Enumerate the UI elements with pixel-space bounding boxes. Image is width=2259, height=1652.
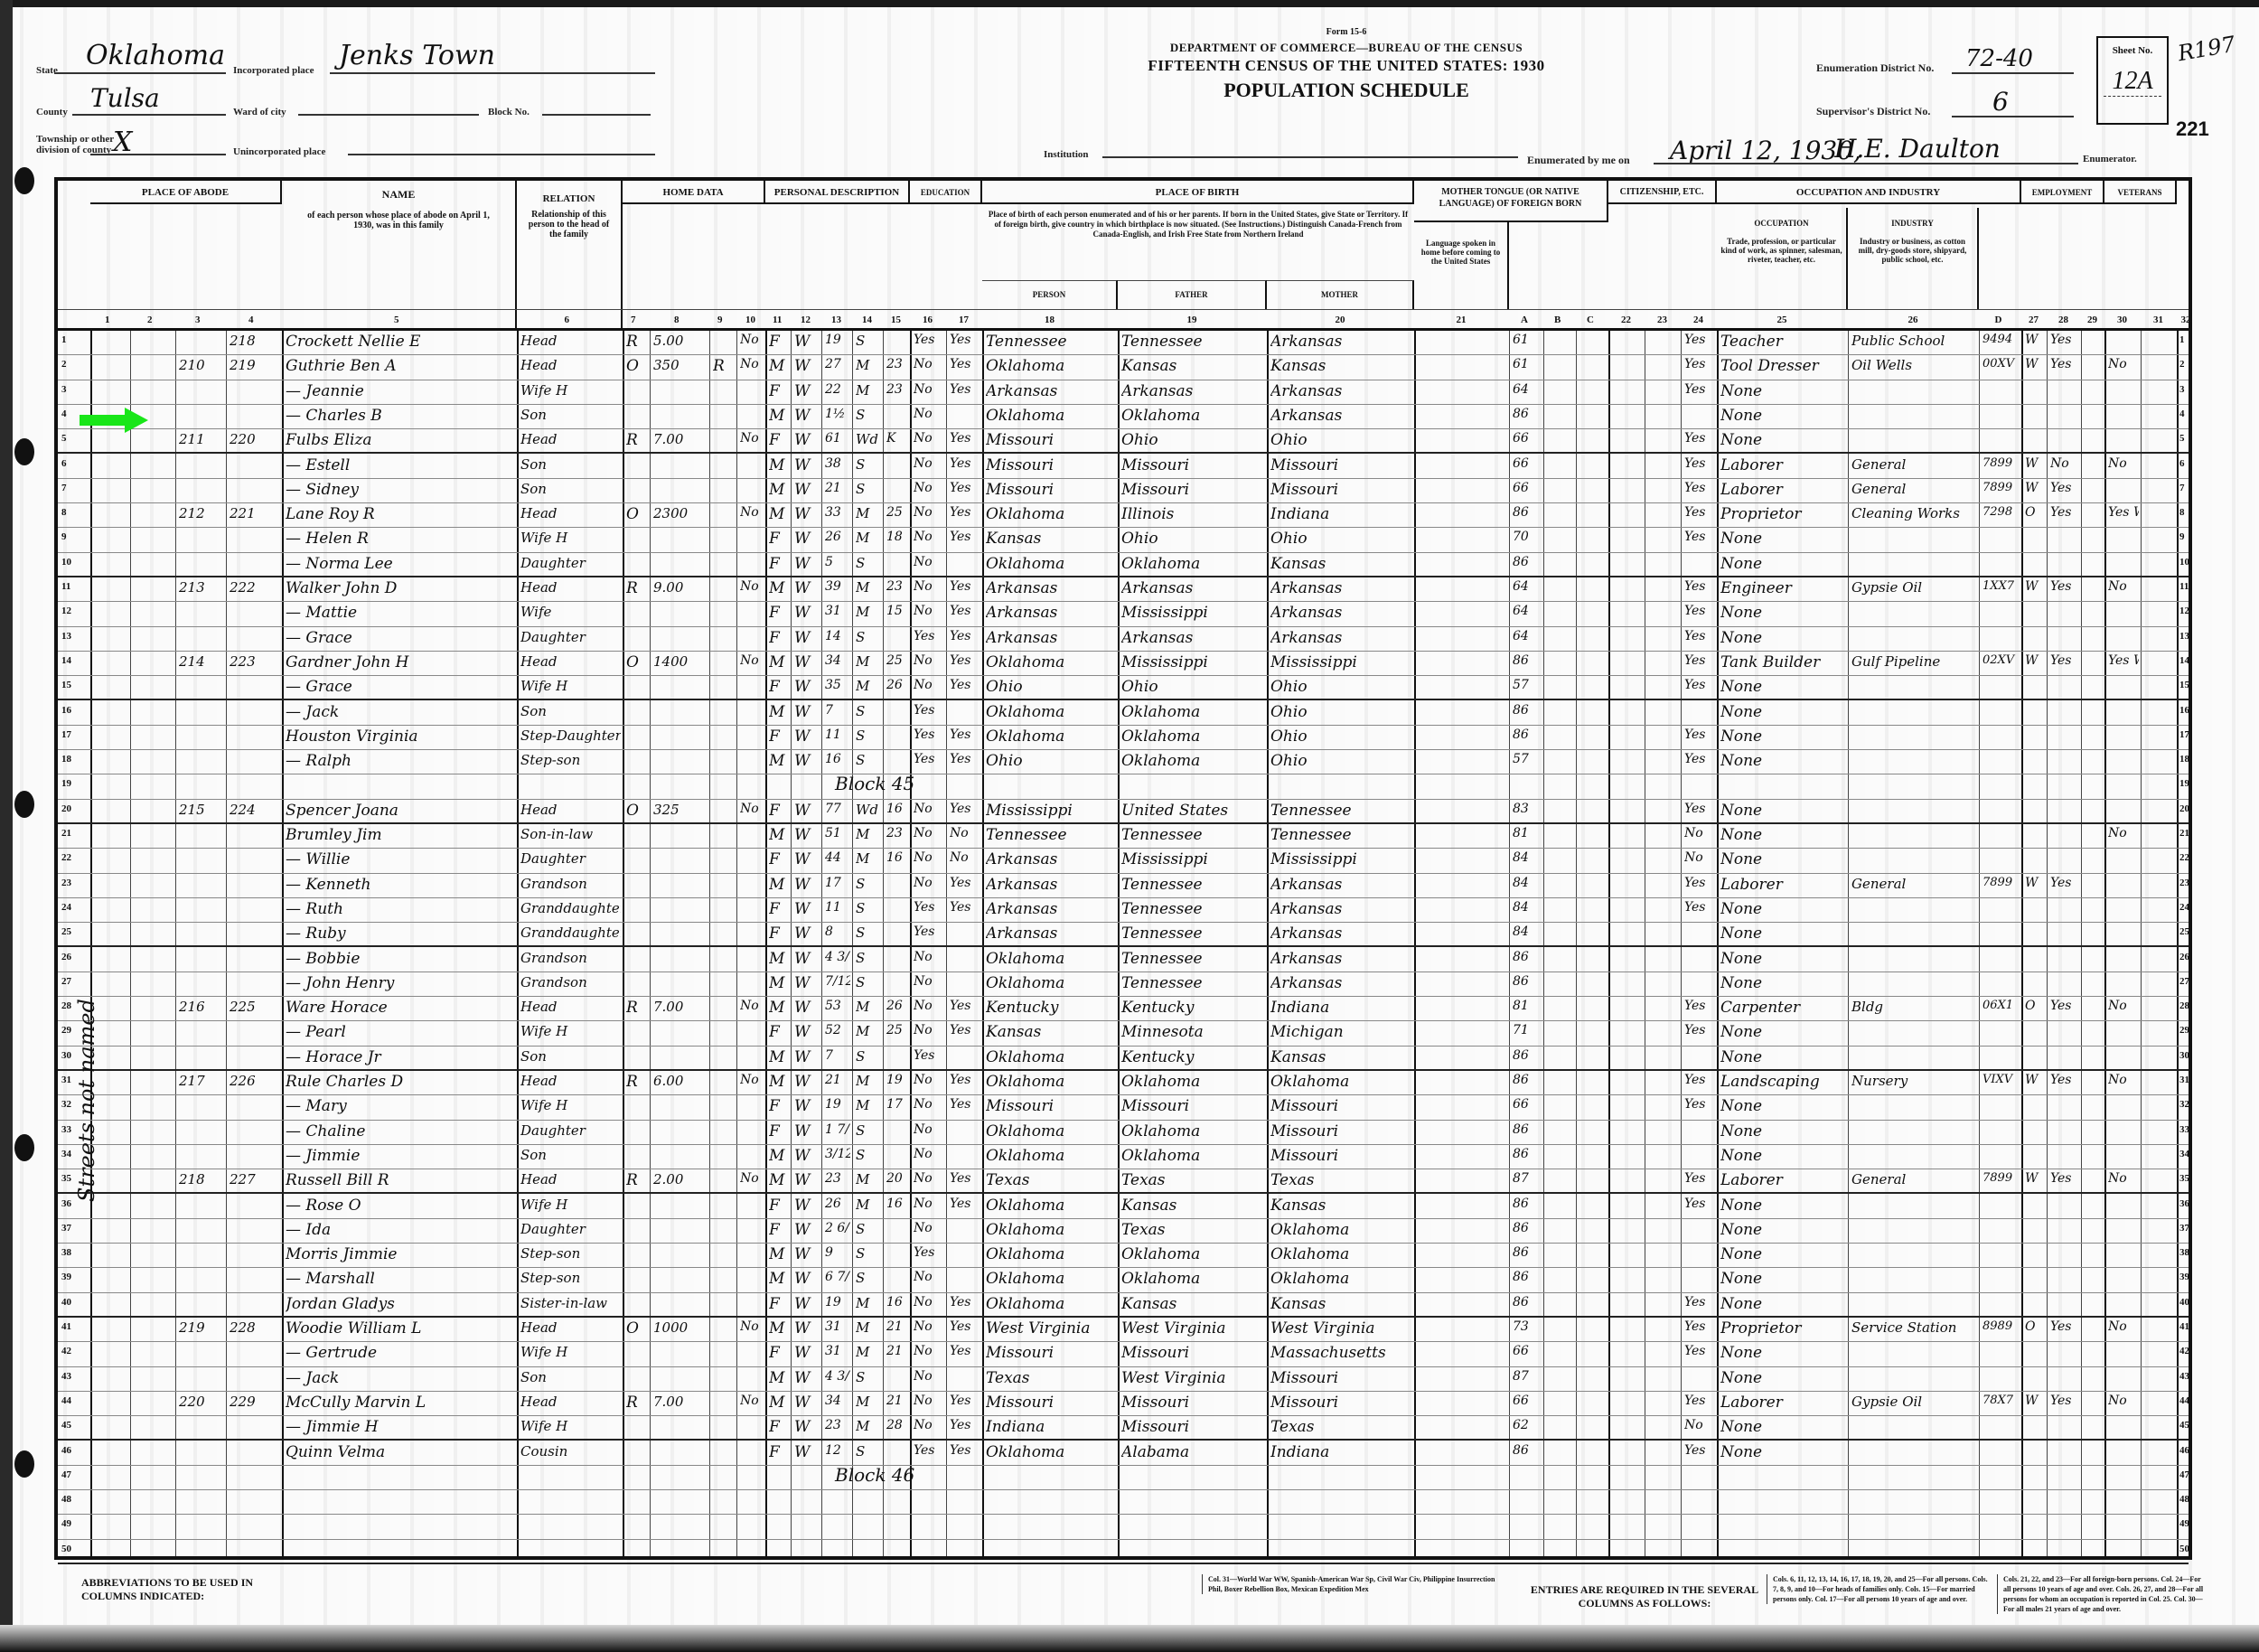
cell-veteran: No: [2108, 1394, 2139, 1408]
cell-line: 27: [61, 976, 89, 987]
cell-occ-code: 8989: [1982, 1319, 2020, 1333]
cell-father: Oklahoma: [1121, 1122, 1265, 1140]
cell-name: Houston Virginia: [286, 727, 515, 746]
cell-father: United States: [1121, 802, 1265, 820]
column-number: 11: [773, 314, 782, 325]
cell-name: — Mattie: [286, 604, 515, 622]
cell-race: W: [794, 826, 820, 844]
column-number: 21: [1457, 314, 1467, 325]
cell-school: No: [914, 1344, 944, 1358]
cell-birth: Texas: [986, 1171, 1116, 1189]
cell-relation: Son: [520, 1048, 621, 1065]
cell-race: W: [794, 1394, 820, 1412]
cell-relation: Wife H: [520, 1097, 621, 1113]
line-number-right: 2: [2179, 359, 2185, 370]
cell-age: 7: [825, 703, 850, 718]
cell-sex: M: [769, 1245, 789, 1263]
line-number-right: 39: [2179, 1272, 2189, 1282]
census-row: 9— Helen RWife HFW26M18NoYesKansasOhioOh…: [58, 528, 2189, 552]
census-row: 34— JimmieSonMW3/12SNoOklahomaOklahomaMi…: [58, 1145, 2189, 1169]
census-row: 25— RubyGranddaughterFW8SYesArkansasTenn…: [58, 923, 2189, 947]
cell-relation: Head: [520, 1394, 621, 1410]
cell-speak-english: Yes: [1684, 505, 1715, 520]
census-row: 41219228Woodie William LHeadO1000NoMW31M…: [58, 1318, 2189, 1342]
cell-sex: F: [769, 382, 789, 400]
census-row: 36— Rose OWife HFW26M16NoYesOklahomaKans…: [58, 1195, 2189, 1219]
column-number: 14: [862, 314, 872, 325]
relation-desc: Relationship of this person to the head …: [517, 210, 621, 239]
cell-industry: Gypsie Oil: [1851, 579, 1977, 596]
colhead-industry: INDUSTRY Industry or business, as cotton…: [1848, 208, 1979, 309]
cell-read: Yes: [950, 678, 980, 692]
cell-industry: Service Station: [1851, 1319, 1977, 1336]
punch-hole: [14, 167, 34, 194]
cell-age: 26: [825, 530, 850, 544]
cell-veteran: No: [2108, 456, 2139, 471]
line-number-right: 49: [2179, 1518, 2189, 1529]
line-number-right: 34: [2179, 1149, 2189, 1159]
cell-sex: M: [769, 357, 789, 375]
cell-race: W: [794, 1344, 820, 1362]
cell-speak-english: No: [1684, 1418, 1715, 1432]
cell-employed: Yes: [2050, 505, 2079, 520]
cell-mother: Kansas: [1270, 1197, 1412, 1215]
cell-school: No: [914, 678, 944, 692]
cell-line: 9: [61, 531, 89, 542]
cell-family: 227: [230, 1171, 280, 1187]
cell-code: 86: [1513, 1197, 1542, 1211]
cell-veteran: No: [2108, 579, 2139, 594]
group-place-of-birth: PLACE OF BIRTH: [982, 181, 1414, 204]
census-row: 39— MarshallStep-sonMW6 7/12SNoOklahomaO…: [58, 1268, 2189, 1292]
cell-line: 43: [61, 1371, 89, 1382]
cell-employed: Yes: [2050, 1171, 2079, 1186]
cell-school: No: [914, 653, 944, 668]
column-number: 9: [717, 314, 723, 325]
line-number-right: 27: [2179, 976, 2189, 987]
cell-occupation: None: [1720, 382, 1846, 400]
punch-hole: [14, 791, 34, 818]
cell-birth: Missouri: [986, 431, 1116, 449]
cell-father: Kentucky: [1121, 1048, 1265, 1066]
census-row: 4949: [58, 1515, 2189, 1539]
cell-birth: Oklahoma: [986, 950, 1116, 968]
enumerated-line: [1654, 163, 2078, 164]
cell-line: 37: [61, 1223, 89, 1234]
cell-read: Yes: [950, 505, 980, 520]
cell-farm: No: [740, 653, 764, 668]
cell-age-married: 25: [886, 505, 908, 520]
cell-code: 66: [1513, 481, 1542, 495]
line-number-right: 7: [2179, 483, 2185, 493]
cell-relation: Step-son: [520, 752, 621, 768]
cell-industry: General: [1851, 481, 1977, 497]
cell-age: 14: [825, 629, 850, 643]
cell-name: — Pearl: [286, 1023, 515, 1041]
cell-name: Morris Jimmie: [286, 1245, 515, 1263]
cell-occ-code: 7899: [1982, 1171, 2020, 1185]
cell-father: Texas: [1121, 1221, 1265, 1239]
cell-veteran: No: [2108, 1319, 2139, 1334]
cell-speak-english: No: [1684, 850, 1715, 865]
enumerator-label: Enumerator.: [2083, 154, 2137, 164]
cell-race: W: [794, 1418, 820, 1436]
occupation-desc: Trade, profession, or particular kind of…: [1720, 237, 1842, 264]
cell-dwelling: 219: [179, 1319, 224, 1336]
line-number-right: 42: [2179, 1346, 2189, 1356]
cell-occupation: None: [1720, 950, 1846, 968]
sheet-label: Sheet No.: [2098, 45, 2167, 56]
census-row: 40Jordan GladysSister-in-lawFW19M16NoYes…: [58, 1293, 2189, 1318]
cell-name: — Charles B: [286, 407, 515, 425]
cell-name: — Jimmie H: [286, 1418, 515, 1436]
line-number-right: 47: [2179, 1469, 2189, 1480]
cell-farm: No: [740, 999, 764, 1013]
cell-occupation: None: [1720, 629, 1846, 647]
cell-speak-english: Yes: [1684, 1295, 1715, 1309]
cell-mother: Missouri: [1270, 456, 1412, 474]
cell-speak-english: Yes: [1684, 727, 1715, 742]
line-number-right: 1: [2179, 334, 2185, 345]
cell-father: Mississippi: [1121, 604, 1265, 622]
cell-marital: M: [856, 579, 881, 596]
column-number: 28: [2058, 314, 2068, 325]
cell-race: W: [794, 900, 820, 918]
county-value: Tulsa: [90, 83, 160, 113]
cell-marital: S: [856, 1245, 881, 1262]
cell-line: 22: [61, 852, 89, 863]
cell-sex: F: [769, 333, 789, 351]
cell-code: 86: [1513, 1245, 1542, 1260]
cell-occupation: None: [1720, 802, 1846, 820]
column-number-row: 123456789101112131415161718192021ABC2223…: [58, 309, 2189, 331]
census-row: 28216225Ware HoraceHeadR7.00NoMW53M26NoY…: [58, 997, 2189, 1021]
line-number-right: 46: [2179, 1445, 2189, 1456]
census-row: 23— KennethGrandsonMW17SNoYesArkansasTen…: [58, 874, 2189, 898]
cell-line: 47: [61, 1469, 89, 1480]
cell-mother: Kansas: [1270, 555, 1412, 573]
cell-veteran: Yes WW: [2108, 653, 2139, 668]
cell-tenure: R: [626, 579, 648, 597]
cell-marital: M: [856, 1171, 881, 1187]
cell-occupation: None: [1720, 1344, 1846, 1362]
cell-father: Alabama: [1121, 1443, 1265, 1461]
cell-occupation: None: [1720, 1270, 1846, 1288]
cell-mother: Tennessee: [1270, 802, 1412, 820]
cell-mother: Texas: [1270, 1418, 1412, 1436]
cell-age-married: 19: [886, 1073, 908, 1087]
cell-birth: West Virginia: [986, 1319, 1116, 1338]
cell-school: No: [914, 1197, 944, 1211]
cell-school: Yes: [914, 703, 944, 718]
cell-age: 8: [825, 925, 850, 939]
column-number: 2: [147, 314, 153, 325]
cell-mother: Missouri: [1270, 1394, 1412, 1412]
cell-birth: Mississippi: [986, 802, 1116, 820]
column-number: 22: [1621, 314, 1631, 325]
cell-mother: Massachusetts: [1270, 1344, 1412, 1362]
ward-line: [298, 114, 479, 116]
cell-relation: Cousin: [520, 1443, 621, 1460]
cell-birth: Kansas: [986, 1023, 1116, 1041]
sd-line: [1952, 116, 2074, 117]
cell-school: Yes: [914, 1443, 944, 1458]
cell-read: Yes: [950, 1319, 980, 1334]
cell-marital: S: [856, 925, 881, 941]
cell-school: No: [914, 1097, 944, 1112]
cell-speak-english: Yes: [1684, 653, 1715, 668]
cell-sex: F: [769, 925, 789, 943]
cell-sex: M: [769, 999, 789, 1017]
cell-marital: S: [856, 555, 881, 571]
line-number-right: 24: [2179, 902, 2189, 913]
cell-class: W: [2025, 579, 2045, 594]
cell-read: Yes: [950, 1295, 980, 1309]
cell-age: 1 7/12: [825, 1122, 850, 1137]
cell-code: 66: [1513, 456, 1542, 471]
cell-line: 12: [61, 605, 89, 616]
census-row: 15— GraceWife HFW35M26NoYesOhioOhioOhio5…: [58, 676, 2189, 700]
cell-read: Yes: [950, 604, 980, 618]
census-row: 22— WillieDaughterFW44M16NoNoArkansasMis…: [58, 849, 2189, 873]
group-citizenship: CITIZENSHIP, ETC.: [1608, 181, 1717, 204]
cell-school: Yes: [914, 1245, 944, 1260]
cell-mother: Arkansas: [1270, 876, 1412, 894]
census-row: 6— EstellSonMW38SNoYesMissouriMissouriMi…: [58, 455, 2189, 479]
cell-relation: Step-son: [520, 1245, 621, 1262]
cell-sex: M: [769, 579, 789, 597]
group-occupation-industry: OCCUPATION AND INDUSTRY: [1717, 181, 2021, 204]
cell-farm: No: [740, 1394, 764, 1408]
cell-age: 7/12: [825, 974, 850, 989]
cell-relation: Head: [520, 999, 621, 1015]
cell-father: Kansas: [1121, 357, 1265, 375]
cell-speak-english: Yes: [1684, 579, 1715, 594]
cell-mother: Arkansas: [1270, 333, 1412, 351]
cell-sex: M: [769, 974, 789, 992]
cell-occupation: None: [1720, 678, 1846, 696]
cell-sex: F: [769, 1295, 789, 1313]
cell-occupation: Proprietor: [1720, 505, 1846, 523]
line-number-right: 10: [2179, 557, 2189, 568]
cell-age: 19: [825, 333, 850, 347]
cell-occ-code: 7899: [1982, 481, 2020, 494]
line-number-right: 48: [2179, 1494, 2189, 1505]
cell-class: W: [2025, 1394, 2045, 1408]
cell-marital: S: [856, 950, 881, 966]
cell-read: Yes: [950, 431, 980, 446]
cell-employed: Yes: [2050, 357, 2079, 371]
line-number-right: 5: [2179, 433, 2185, 444]
cell-name: Rule Charles D: [286, 1073, 515, 1091]
cell-class: O: [2025, 999, 2045, 1013]
cell-value: 325: [653, 802, 708, 818]
cell-marital: S: [856, 752, 881, 768]
cell-school: Yes: [914, 727, 944, 742]
cell-birth: Oklahoma: [986, 1221, 1116, 1239]
group-veterans: VETERANS: [2104, 181, 2177, 204]
column-number: 5: [394, 314, 399, 325]
cell-school: No: [914, 382, 944, 397]
cell-marital: Wd: [856, 431, 881, 447]
line-number-right: 6: [2179, 458, 2185, 469]
cell-school: No: [914, 1221, 944, 1235]
cell-race: W: [794, 333, 820, 351]
supervisors-district-value: 6: [1992, 87, 2009, 117]
cell-line: 7: [61, 483, 89, 493]
cell-employed: Yes: [2050, 481, 2079, 495]
cell-sex: M: [769, 876, 789, 894]
cell-age: 34: [825, 653, 850, 668]
line-number-right: 22: [2179, 852, 2189, 863]
cell-read: Yes: [950, 629, 980, 643]
cell-age: 44: [825, 850, 850, 865]
cell-birth: Oklahoma: [986, 1122, 1116, 1140]
cell-age-married: 15: [886, 604, 908, 618]
cell-race: W: [794, 850, 820, 868]
cell-read: Yes: [950, 727, 980, 742]
cell-relation: Head: [520, 802, 621, 818]
cell-relation: Step-Daughter: [520, 727, 621, 744]
cell-dwelling: 212: [179, 505, 224, 521]
cell-race: W: [794, 407, 820, 425]
cell-relation: Son: [520, 407, 621, 423]
cell-relation: Wife: [520, 604, 621, 620]
cell-birth: Oklahoma: [986, 555, 1116, 573]
cell-birth: Arkansas: [986, 579, 1116, 597]
cell-line: 2: [61, 359, 89, 370]
cell-relation: Daughter: [520, 1221, 621, 1237]
cell-code: 62: [1513, 1418, 1542, 1432]
cell-family: 218: [230, 333, 280, 349]
cell-father: Texas: [1121, 1171, 1265, 1189]
cell-school: No: [914, 1171, 944, 1186]
cell-value: 5.00: [653, 333, 708, 349]
cell-occupation: Laborer: [1720, 876, 1846, 894]
cell-race: W: [794, 382, 820, 400]
cell-code: 86: [1513, 727, 1542, 742]
line-number-right: 25: [2179, 926, 2189, 937]
cell-age: 31: [825, 1319, 850, 1334]
enumeration-district-value: 72-40: [1965, 45, 2033, 72]
cell-speak-english: Yes: [1684, 604, 1715, 618]
cell-age: 21: [825, 481, 850, 495]
cell-class: W: [2025, 1171, 2045, 1186]
column-number: 12: [801, 314, 811, 325]
cell-speak-english: Yes: [1684, 752, 1715, 766]
cell-marital: M: [856, 1197, 881, 1213]
column-number: 31: [2153, 314, 2163, 325]
colhead-person: PERSON: [982, 280, 1118, 309]
cell-sex: M: [769, 950, 789, 968]
cell-veteran: No: [2108, 357, 2139, 371]
cell-school: No: [914, 1023, 944, 1037]
cell-dwelling: 218: [179, 1171, 224, 1187]
cell-code: 81: [1513, 826, 1542, 840]
cell-line: 6: [61, 458, 89, 469]
cell-marital: S: [856, 456, 881, 473]
cell-marital: M: [856, 357, 881, 373]
line-number-right: 12: [2179, 605, 2189, 616]
cell-speak-english: Yes: [1684, 333, 1715, 347]
census-row: 10— Norma LeeDaughterFW5SNoOklahomaOklah…: [58, 553, 2189, 577]
cell-sex: F: [769, 1221, 789, 1239]
cell-school: Yes: [914, 900, 944, 915]
cell-read: Yes: [950, 900, 980, 915]
cell-age: 12: [825, 1443, 850, 1458]
census-row: 12— MattieWifeFW31M15NoYesArkansasMissis…: [58, 602, 2189, 626]
cell-family: 226: [230, 1073, 280, 1089]
cell-sex: F: [769, 1197, 789, 1215]
cell-industry: Gypsie Oil: [1851, 1394, 1977, 1410]
cell-race: W: [794, 1369, 820, 1387]
cell-occupation: None: [1720, 826, 1846, 844]
line-number-right: 21: [2179, 828, 2189, 839]
cell-family: 221: [230, 505, 280, 521]
cell-birth: Ohio: [986, 752, 1116, 770]
group-mother-tongue: MOTHER TONGUE (OR NATIVE LANGUAGE) OF FO…: [1414, 181, 1608, 222]
block-line: [542, 114, 651, 116]
cell-line: 26: [61, 952, 89, 962]
cell-occ-code: 78X7: [1982, 1394, 2020, 1407]
cell-read: Yes: [950, 456, 980, 471]
cell-age: 1½: [825, 407, 850, 421]
cell-code: 86: [1513, 1270, 1542, 1284]
cell-family: 225: [230, 999, 280, 1015]
cell-name: Quinn Velma: [286, 1443, 515, 1461]
column-header-row: PLACE OF ABODE NAME of each person whose…: [58, 181, 2189, 331]
cell-race: W: [794, 1319, 820, 1338]
cell-family: 228: [230, 1319, 280, 1336]
cell-occ-code: 9494: [1982, 333, 2020, 346]
cell-birth: Tennessee: [986, 826, 1116, 844]
line-number-right: 31: [2179, 1075, 2189, 1085]
line-number-right: 26: [2179, 952, 2189, 962]
cell-mother: Ohio: [1270, 752, 1412, 770]
enumerated-label: Enumerated by me on: [1527, 154, 1630, 167]
cell-sex: M: [769, 1369, 789, 1387]
cell-race: W: [794, 1122, 820, 1140]
cell-read: Yes: [950, 530, 980, 544]
cell-birth: Oklahoma: [986, 357, 1116, 375]
cell-mother: Missouri: [1270, 1147, 1412, 1165]
cell-relation: Head: [520, 1073, 621, 1089]
cell-value: 1000: [653, 1319, 708, 1336]
cell-sex: M: [769, 1394, 789, 1412]
cell-speak-english: Yes: [1684, 1443, 1715, 1458]
cell-occupation: Laborer: [1720, 1394, 1846, 1412]
corner-note: R197: [2176, 32, 2237, 67]
cell-tenure: R: [626, 333, 648, 351]
cell-code: 61: [1513, 333, 1542, 347]
cell-line: 40: [61, 1297, 89, 1308]
cell-age: 6 7/12: [825, 1270, 850, 1284]
line-number-right: 23: [2179, 878, 2189, 888]
cell-race: W: [794, 431, 820, 449]
cell-line: 45: [61, 1420, 89, 1431]
cell-speak-english: Yes: [1684, 678, 1715, 692]
cell-code: 66: [1513, 1097, 1542, 1112]
cell-speak-english: Yes: [1684, 900, 1715, 915]
group-place-of-abode: PLACE OF ABODE: [90, 181, 282, 204]
cell-age: 77: [825, 802, 850, 816]
column-number: 23: [1657, 314, 1667, 325]
cell-farm: No: [740, 357, 764, 371]
cell-relation: Head: [520, 579, 621, 596]
cell-age-married: 28: [886, 1418, 908, 1432]
sheet-number-box: Sheet No. 12A: [2096, 36, 2169, 125]
cell-relation: Head: [520, 1319, 621, 1336]
